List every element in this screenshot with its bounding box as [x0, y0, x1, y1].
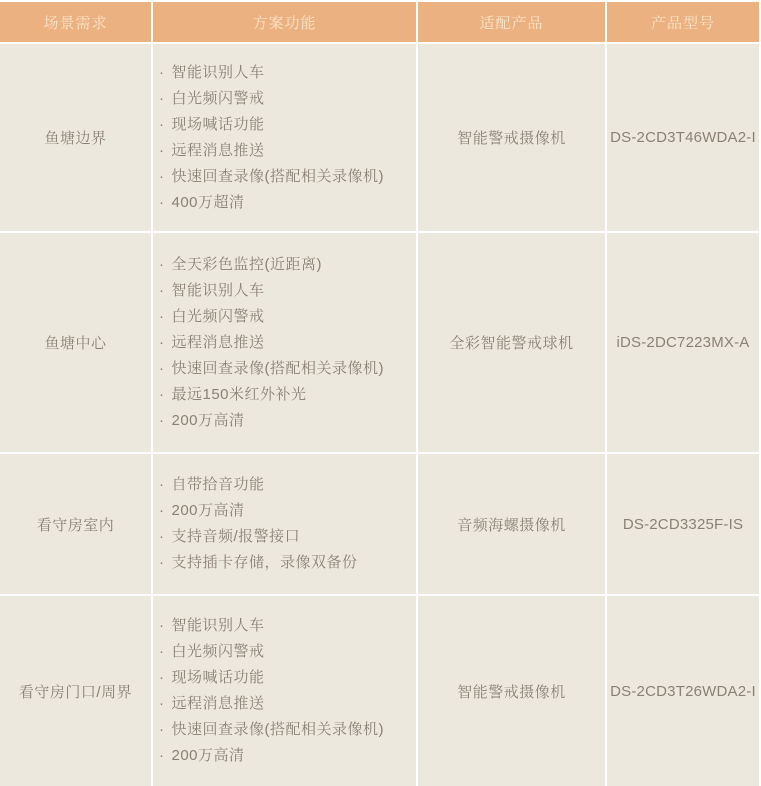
bullet-dot: · [159, 308, 165, 325]
feature-item: ·白光频闪警戒 [159, 639, 265, 665]
scenario-cell: 鱼塘边界 [0, 44, 151, 231]
feature-text: 远程消息推送 [172, 142, 265, 159]
feature-text: 智能识别人车 [172, 282, 265, 299]
model-cell: DS-2CD3T26WDA2-I [607, 596, 759, 786]
product-solution-table: 场景需求 方案功能 适配产品 产品型号 鱼塘边界 ·智能识别人车 ·白光频闪警戒… [0, 0, 761, 786]
feature-item: ·400万超清 [159, 190, 245, 216]
feature-text: 400万超清 [172, 194, 245, 211]
feature-item: ·快速回查录像(搭配相关录像机) [159, 717, 384, 743]
bullet-dot: · [159, 142, 165, 159]
bullet-dot: · [159, 360, 165, 377]
bullet-dot: · [159, 194, 165, 211]
feature-text: 200万高清 [172, 747, 245, 764]
table-grid: 场景需求 方案功能 适配产品 产品型号 鱼塘边界 ·智能识别人车 ·白光频闪警戒… [0, 2, 759, 786]
feature-text: 智能识别人车 [172, 617, 265, 634]
feature-text: 自带拾音功能 [172, 476, 265, 493]
feature-item: ·智能识别人车 [159, 613, 265, 639]
column-header-features: 方案功能 [153, 2, 416, 42]
bullet-dot: · [159, 90, 165, 107]
feature-item: ·支持音频/报警接口 [159, 524, 300, 550]
feature-item: ·快速回查录像(搭配相关录像机) [159, 164, 384, 190]
bullet-dot: · [159, 386, 165, 403]
feature-item: ·远程消息推送 [159, 691, 265, 717]
feature-item: ·支持插卡存储，录像双备份 [159, 550, 358, 576]
bullet-dot: · [159, 695, 165, 712]
scenario-cell: 鱼塘中心 [0, 233, 151, 452]
feature-text: 白光频闪警戒 [172, 90, 265, 107]
bullet-dot: · [159, 334, 165, 351]
bullet-dot: · [159, 554, 165, 571]
feature-text: 全天彩色监控(近距离) [172, 256, 323, 273]
feature-text: 白光频闪警戒 [172, 308, 265, 325]
bullet-dot: · [159, 721, 165, 738]
product-cell: 音频海螺摄像机 [418, 454, 605, 594]
feature-text: 快速回查录像(搭配相关录像机) [172, 360, 385, 377]
feature-item: ·远程消息推送 [159, 138, 265, 164]
bullet-dot: · [159, 412, 165, 429]
feature-item: ·现场喊话功能 [159, 665, 265, 691]
feature-item: ·白光频闪警戒 [159, 304, 265, 330]
feature-item: ·最远150米红外补光 [159, 382, 307, 408]
feature-text: 支持插卡存储，录像双备份 [172, 554, 358, 571]
feature-text: 200万高清 [172, 412, 245, 429]
bullet-dot: · [159, 643, 165, 660]
feature-item: ·全天彩色监控(近距离) [159, 252, 322, 278]
feature-item: ·自带拾音功能 [159, 472, 265, 498]
bullet-dot: · [159, 64, 165, 81]
feature-text: 白光频闪警戒 [172, 643, 265, 660]
model-cell: DS-2CD3325F-IS [607, 454, 759, 594]
feature-text: 远程消息推送 [172, 695, 265, 712]
feature-item: ·200万高清 [159, 498, 245, 524]
features-cell: ·自带拾音功能 ·200万高清 ·支持音频/报警接口 ·支持插卡存储，录像双备份 [153, 454, 416, 594]
bullet-dot: · [159, 168, 165, 185]
feature-text: 远程消息推送 [172, 334, 265, 351]
bullet-dot: · [159, 256, 165, 273]
model-cell: iDS-2DC7223MX-A [607, 233, 759, 452]
feature-item: ·快速回查录像(搭配相关录像机) [159, 356, 384, 382]
bullet-dot: · [159, 282, 165, 299]
feature-item: ·智能识别人车 [159, 60, 265, 86]
product-cell: 智能警戒摄像机 [418, 44, 605, 231]
scenario-cell: 看守房室内 [0, 454, 151, 594]
bullet-dot: · [159, 617, 165, 634]
features-cell: ·全天彩色监控(近距离) ·智能识别人车 ·白光频闪警戒 ·远程消息推送 ·快速… [153, 233, 416, 452]
feature-item: ·智能识别人车 [159, 278, 265, 304]
feature-item: ·远程消息推送 [159, 330, 265, 356]
model-cell: DS-2CD3T46WDA2-I [607, 44, 759, 231]
column-header-model: 产品型号 [607, 2, 759, 42]
bullet-dot: · [159, 116, 165, 133]
feature-item: ·200万高清 [159, 408, 245, 434]
feature-text: 现场喊话功能 [172, 116, 265, 133]
feature-text: 智能识别人车 [172, 64, 265, 81]
feature-text: 现场喊话功能 [172, 669, 265, 686]
feature-text: 最远150米红外补光 [172, 386, 307, 403]
bullet-dot: · [159, 669, 165, 686]
product-cell: 全彩智能警戒球机 [418, 233, 605, 452]
bullet-dot: · [159, 502, 165, 519]
column-header-product: 适配产品 [418, 2, 605, 42]
feature-item: ·现场喊话功能 [159, 112, 265, 138]
feature-item: ·白光频闪警戒 [159, 86, 265, 112]
bullet-dot: · [159, 528, 165, 545]
bullet-dot: · [159, 747, 165, 764]
feature-item: ·200万高清 [159, 743, 245, 769]
product-cell: 智能警戒摄像机 [418, 596, 605, 786]
features-cell: ·智能识别人车 ·白光频闪警戒 ·现场喊话功能 ·远程消息推送 ·快速回查录像(… [153, 44, 416, 231]
feature-text: 支持音频/报警接口 [172, 528, 301, 545]
features-cell: ·智能识别人车 ·白光频闪警戒 ·现场喊话功能 ·远程消息推送 ·快速回查录像(… [153, 596, 416, 786]
feature-text: 快速回查录像(搭配相关录像机) [172, 721, 385, 738]
feature-text: 快速回查录像(搭配相关录像机) [172, 168, 385, 185]
feature-text: 200万高清 [172, 502, 245, 519]
column-header-scenario: 场景需求 [0, 2, 151, 42]
bullet-dot: · [159, 476, 165, 493]
scenario-cell: 看守房门口/周界 [0, 596, 151, 786]
